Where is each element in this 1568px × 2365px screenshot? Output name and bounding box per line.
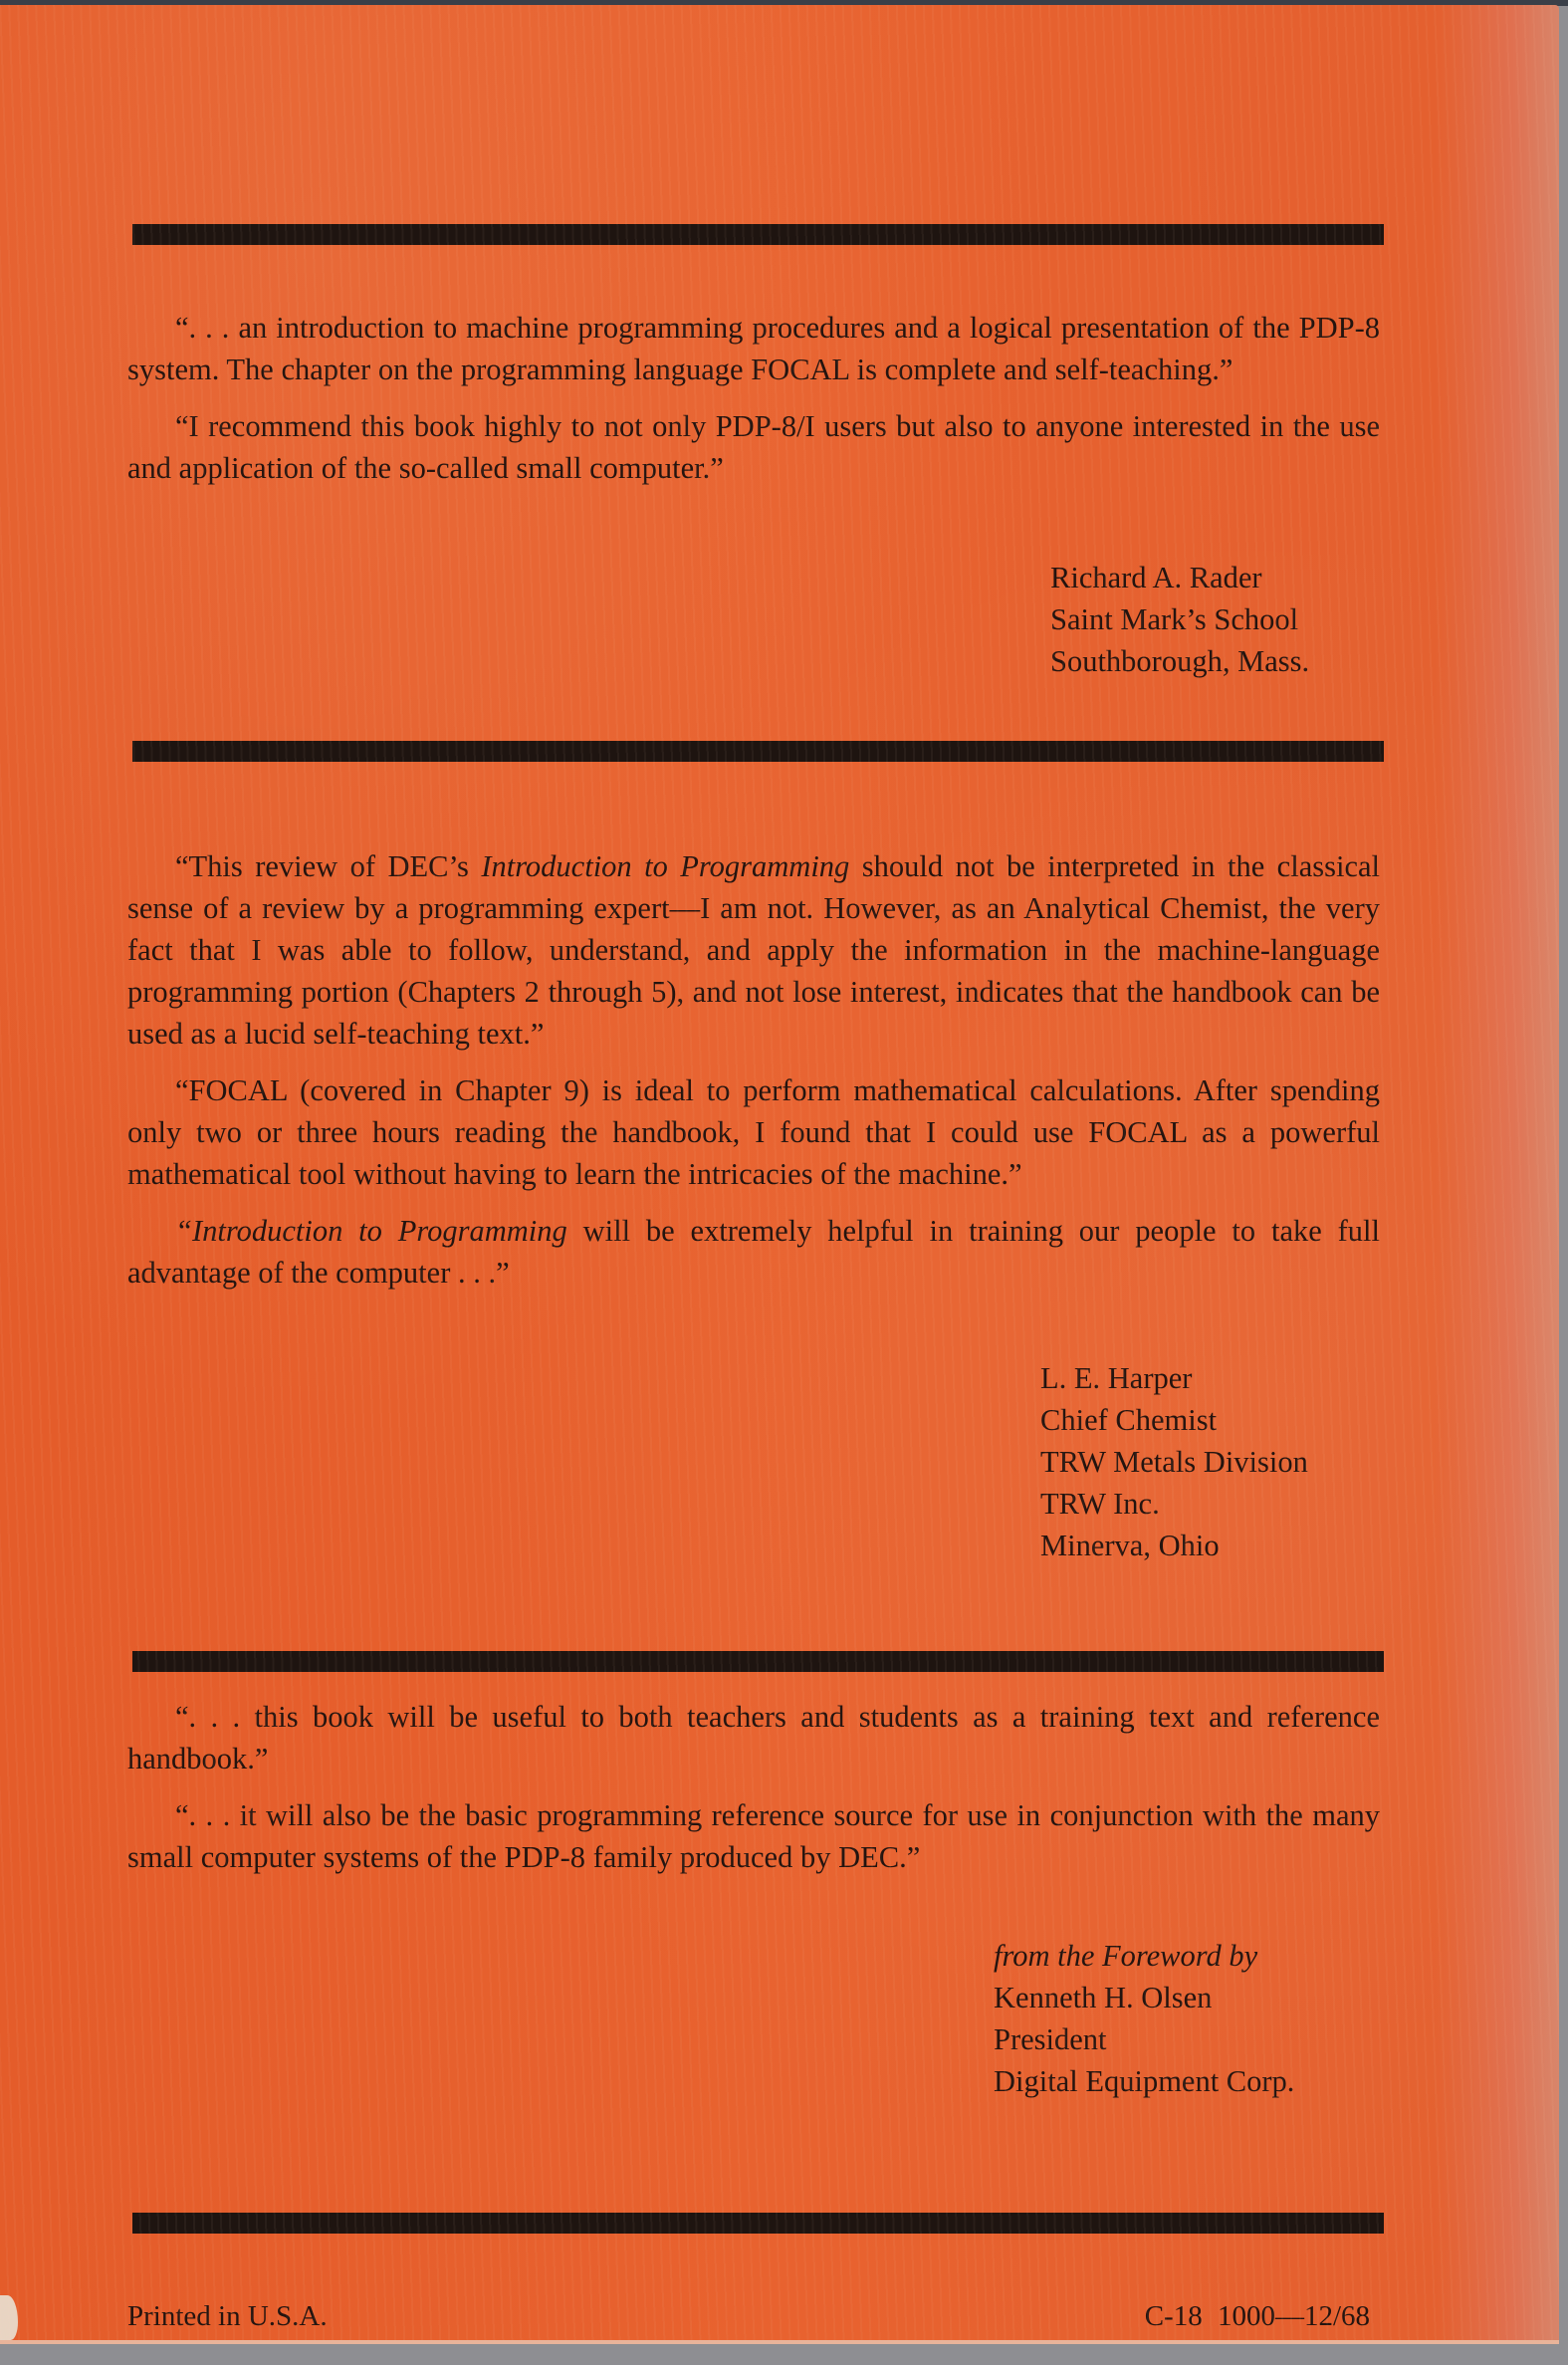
- review-3-text: “. . . this book will be useful to both …: [127, 1696, 1380, 1878]
- attribution-name: Kenneth H. Olsen: [994, 1977, 1294, 2018]
- book-back-cover: “. . . an introduction to machine progra…: [0, 5, 1559, 2344]
- attribution-line: Saint Mark’s School: [1050, 598, 1309, 640]
- attribution-line: TRW Metals Division: [1040, 1441, 1308, 1483]
- text-run: “This review of DEC’s: [175, 849, 481, 883]
- corner-wear: [0, 2295, 18, 2340]
- review-2-paragraph-3: “Introduction to Programming will be ext…: [127, 1210, 1380, 1294]
- book-title-italic: “Introduction to Programming: [175, 1214, 567, 1248]
- review-2-attribution: L. E. Harper Chief Chemist TRW Metals Di…: [1040, 1357, 1308, 1566]
- rule-bar-4: [132, 2213, 1384, 2234]
- print-code: C-18 1000—12/68: [1145, 2298, 1370, 2334]
- review-3-attribution: from the Foreword by Kenneth H. Olsen Pr…: [994, 1935, 1294, 2102]
- attribution-line: Minerva, Ohio: [1040, 1525, 1308, 1566]
- rule-bar-2: [132, 741, 1384, 762]
- review-2-paragraph-2: “FOCAL (covered in Chapter 9) is ideal t…: [127, 1069, 1380, 1195]
- attribution-prefix: from the Foreword by: [994, 1935, 1294, 1977]
- review-3-paragraph-2: “. . . it will also be the basic program…: [127, 1794, 1380, 1878]
- review-3-paragraph-1: “. . . this book will be useful to both …: [127, 1696, 1380, 1779]
- review-1-paragraph-1: “. . . an introduction to machine progra…: [127, 307, 1380, 390]
- attribution-name: L. E. Harper: [1040, 1357, 1308, 1399]
- attribution-line: President: [994, 2018, 1294, 2060]
- review-2-text: “This review of DEC’s Introduction to Pr…: [127, 845, 1380, 1294]
- printed-in-label: Printed in U.S.A.: [127, 2298, 328, 2334]
- attribution-name: Richard A. Rader: [1050, 557, 1309, 598]
- review-1-paragraph-2: “I recommend this book highly to not onl…: [127, 405, 1380, 489]
- attribution-line: Southborough, Mass.: [1050, 640, 1309, 682]
- review-2-paragraph-1: “This review of DEC’s Introduction to Pr…: [127, 845, 1380, 1055]
- review-1-text: “. . . an introduction to machine progra…: [127, 307, 1380, 489]
- attribution-line: Chief Chemist: [1040, 1399, 1308, 1441]
- review-1-attribution: Richard A. Rader Saint Mark’s School Sou…: [1050, 557, 1309, 682]
- text-run: “FOCAL (covered in Chapter 9) is ideal t…: [127, 1073, 1380, 1191]
- rule-bar-3: [132, 1651, 1384, 1672]
- attribution-line: TRW Inc.: [1040, 1483, 1308, 1525]
- rule-bar-1: [132, 224, 1384, 245]
- attribution-line: Digital Equipment Corp.: [994, 2060, 1294, 2102]
- book-title-italic: Introduction to Programming: [481, 849, 849, 883]
